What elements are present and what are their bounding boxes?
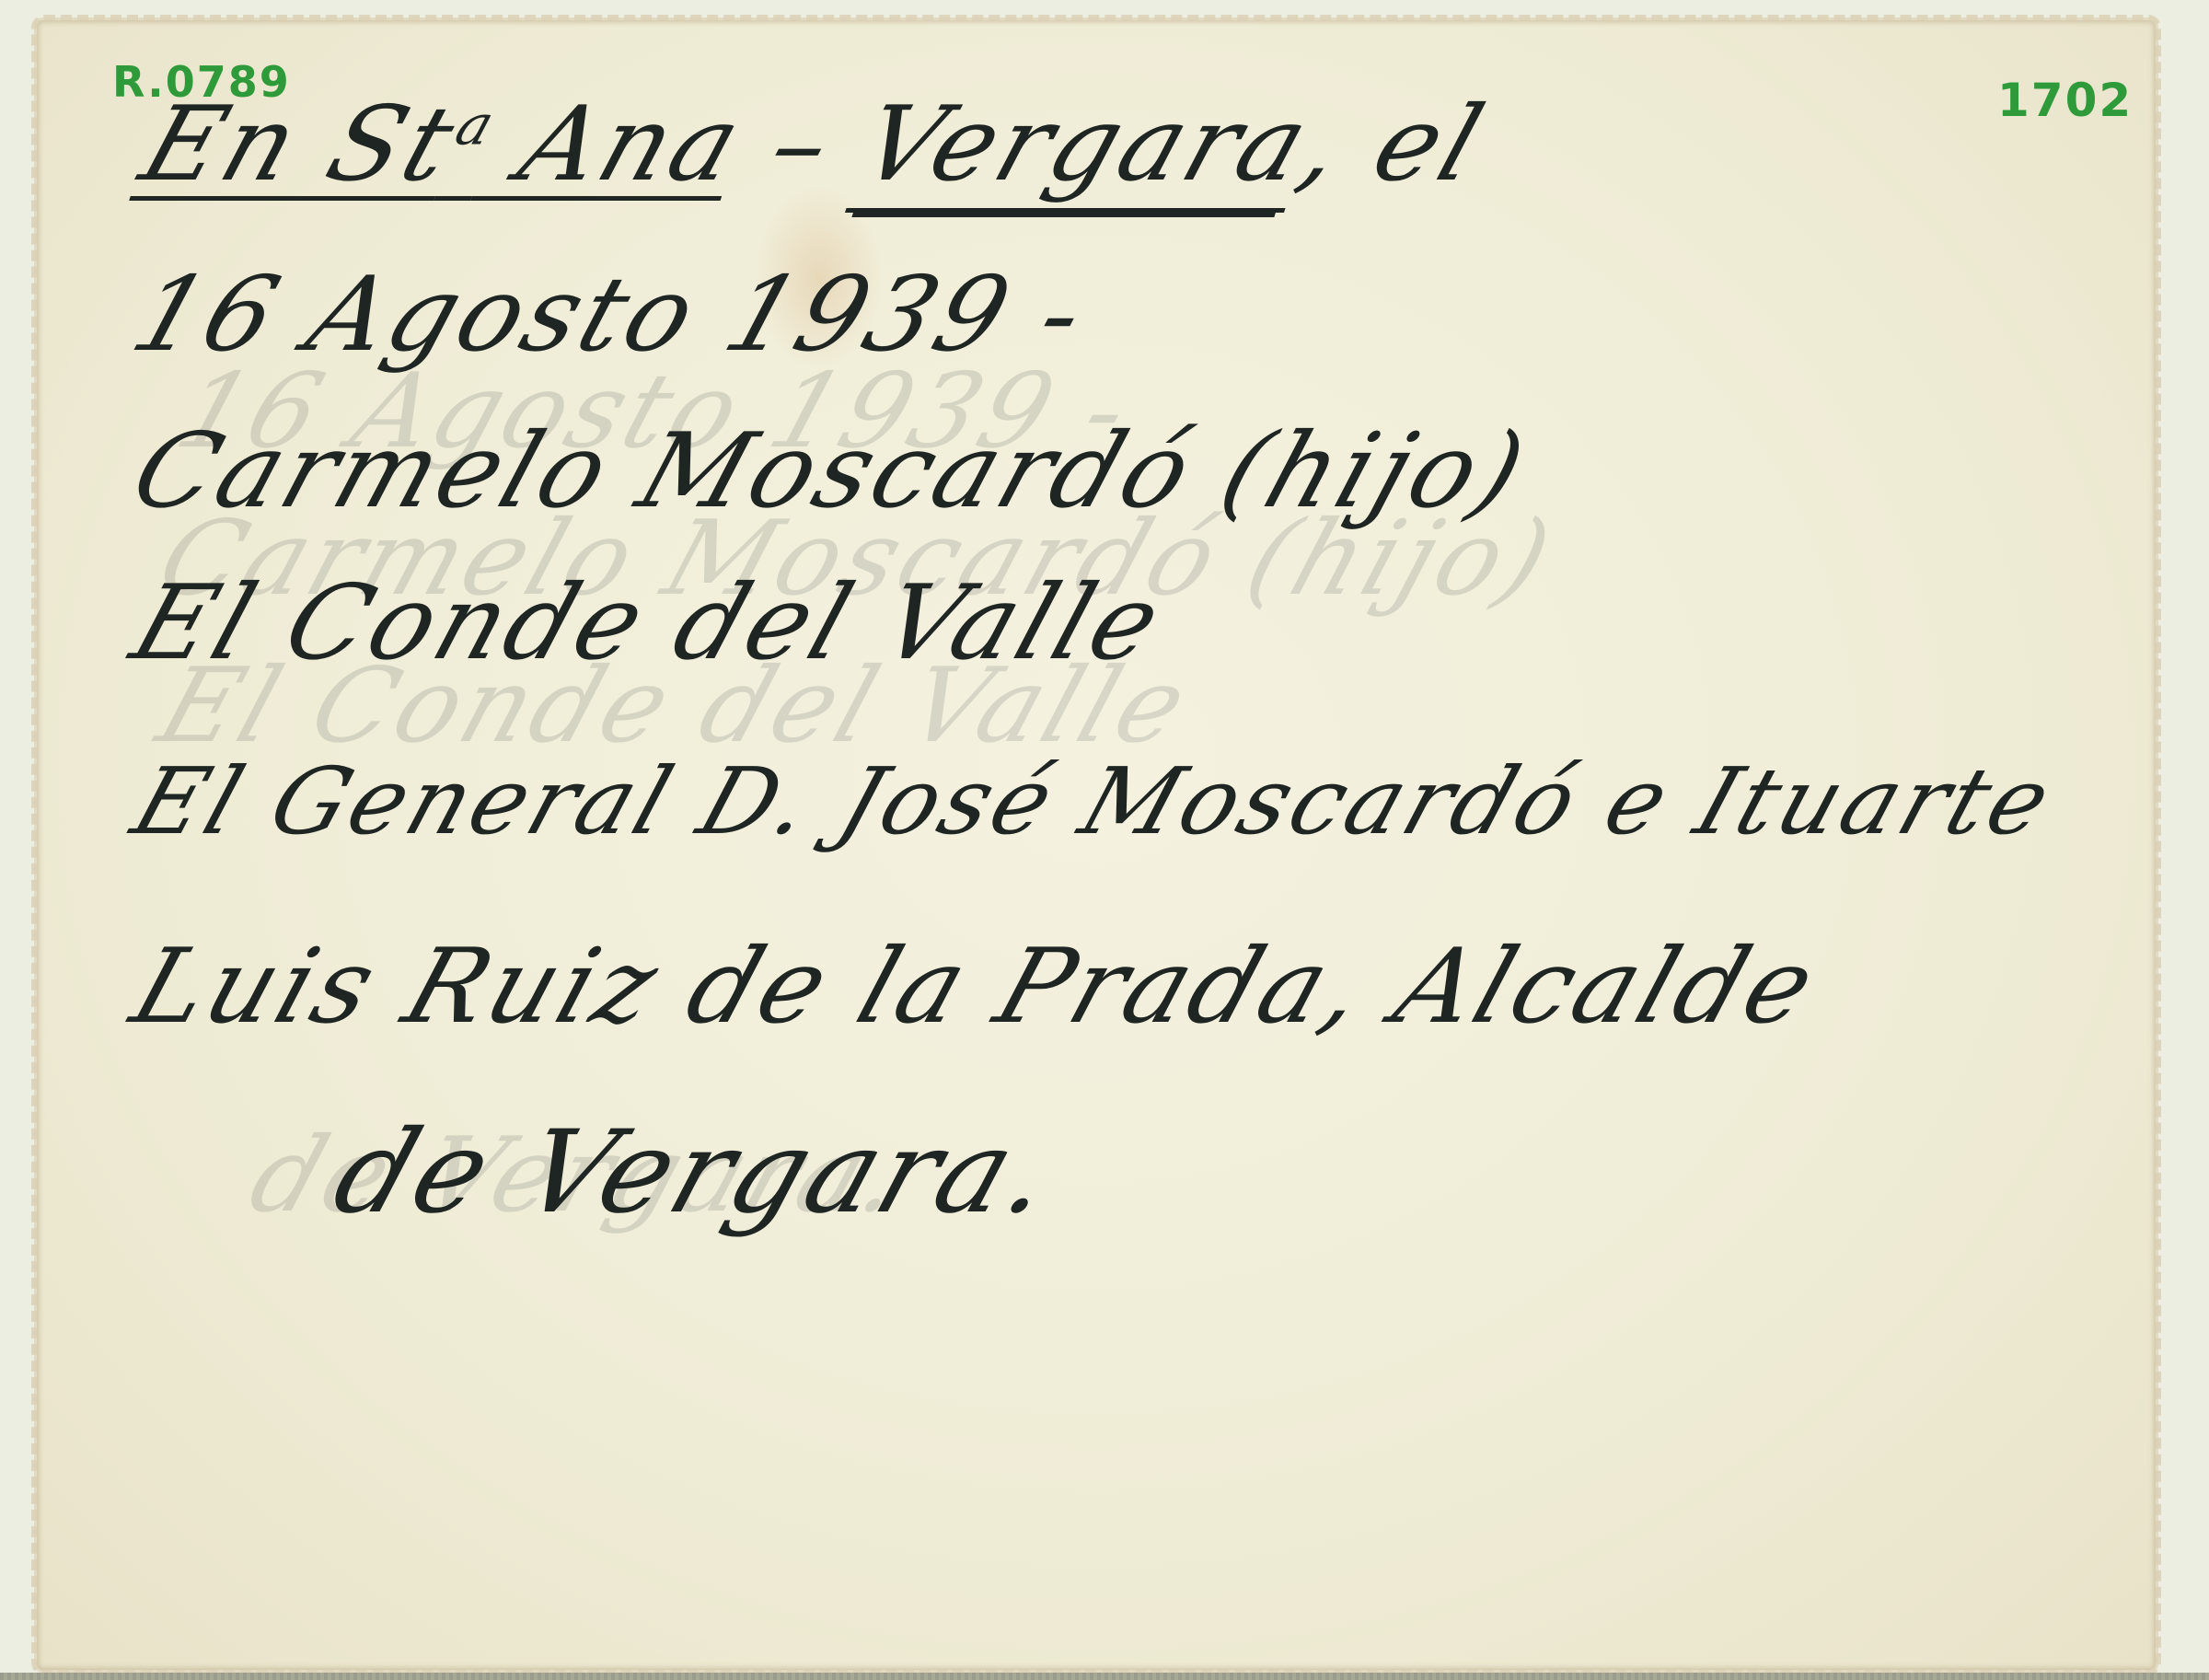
place-santa-ana: En Sta Ana	[128, 85, 758, 204]
handwritten-date-line: 16 Agosto 1939 -	[119, 255, 1102, 375]
handwritten-line-1: En Sta Ana – Vergara, el	[128, 85, 1499, 204]
handwritten-name-carmelo: Carmelo Moscardó (hijo)	[119, 411, 1542, 531]
place-vergara: Vergara	[845, 85, 1325, 213]
archival-code-right: 1702	[1997, 74, 2133, 127]
handwritten-name-general: El General D. José Moscardó e Ituarte	[121, 747, 2067, 855]
handwritten-name-conde: El Conde del Valle	[119, 563, 1178, 683]
handwritten-name-luis: Luis Ruiz de la Prada, Alcalde	[119, 927, 1833, 1047]
photo-back-paper: R.0789 1702 16 Agosto 1939 - Carmelo Mos…	[37, 20, 2156, 1670]
scan-edge-band	[0, 1673, 2209, 1680]
handwritten-line-vergara: de Vergara.	[319, 1106, 1074, 1239]
